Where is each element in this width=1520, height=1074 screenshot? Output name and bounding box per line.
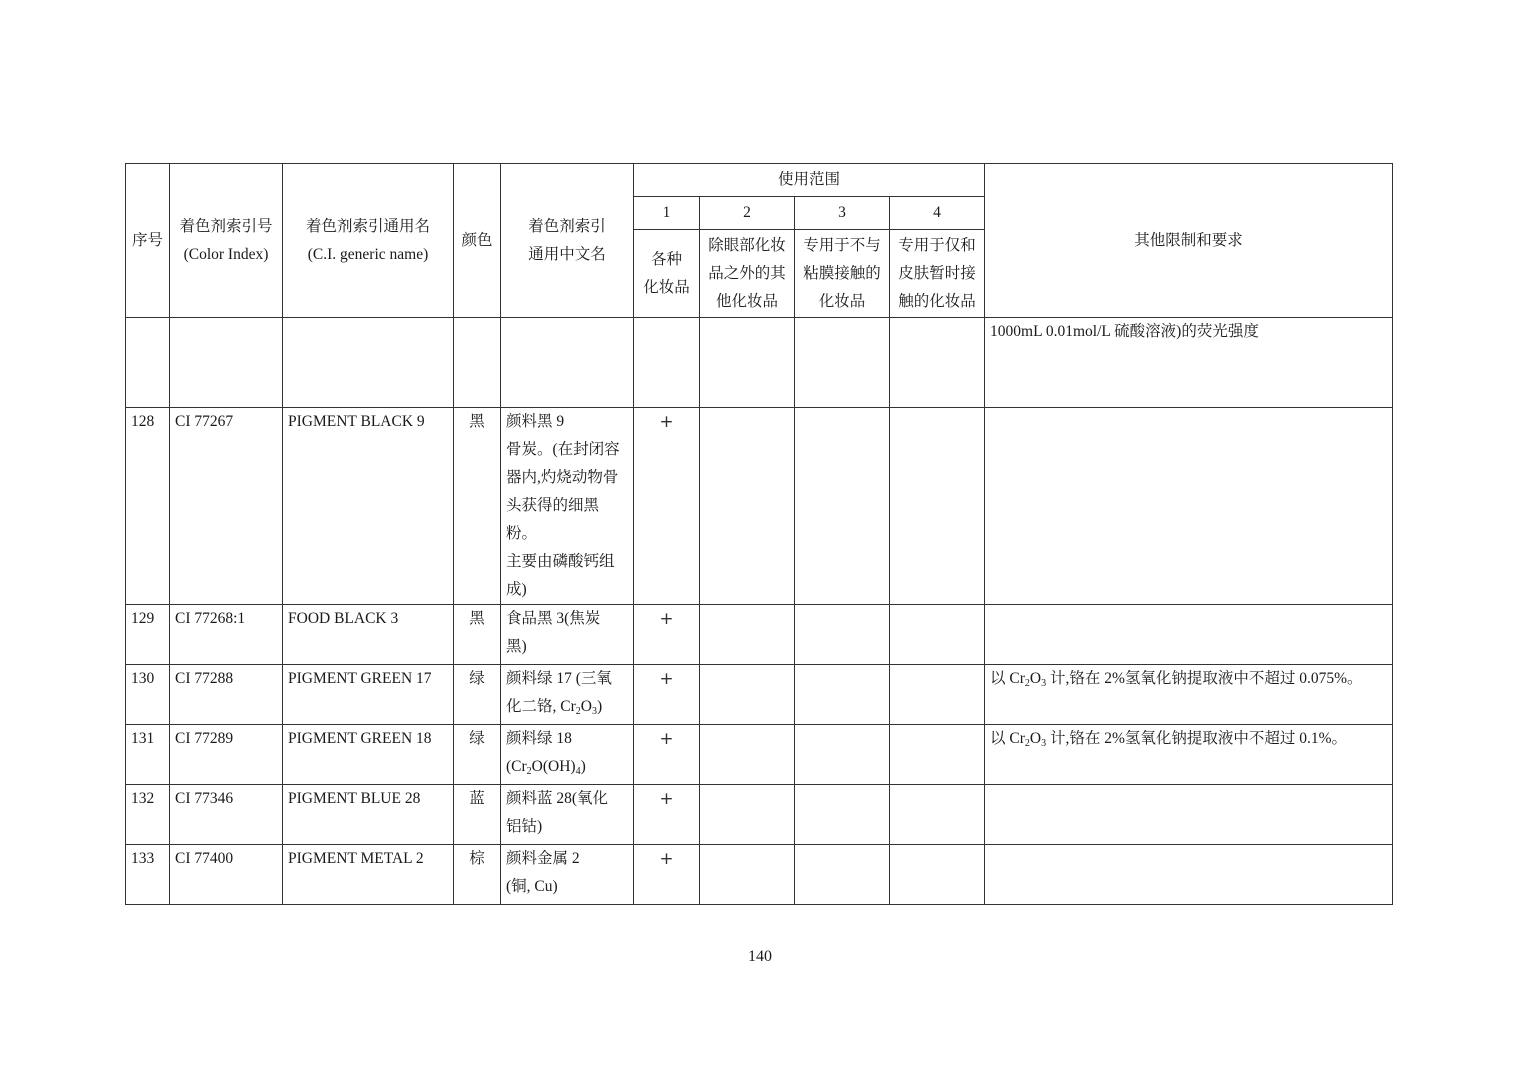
cn-line: 铝钴): [506, 813, 628, 841]
cell-usage-4: [890, 785, 985, 845]
cell-usage-1: +: [634, 785, 700, 845]
cell-color: 黑: [454, 408, 501, 605]
cell-generic: FOOD BLACK 3: [283, 605, 454, 665]
cell-seq: 132: [126, 785, 170, 845]
table-row: 129 CI 77268:1 FOOD BLACK 3 黑 食品黑 3(焦炭 黑…: [126, 605, 1393, 665]
formula-text: O: [581, 698, 592, 715]
usage-2-l2: 品之外的其: [705, 260, 789, 288]
usage-4-l1: 专用于仅和: [895, 232, 979, 260]
cell-usage-1: +: [634, 665, 700, 725]
cell-usage-3: [795, 785, 890, 845]
cell-empty: [454, 318, 501, 408]
req-text: O: [1030, 670, 1041, 687]
cell-usage-2: [700, 605, 795, 665]
cell-usage-1: +: [634, 408, 700, 605]
cell-usage-3: [795, 605, 890, 665]
cell-other: [985, 408, 1393, 605]
cn-line: 黑): [506, 633, 628, 661]
cn-line: 颜料蓝 28(氧化: [506, 785, 628, 813]
cell-usage-1: +: [634, 725, 700, 785]
cell-other: 以 Cr2O3 计,铬在 2%氢氧化钠提取液中不超过 0.075%。: [985, 665, 1393, 725]
cn-line-formula: 化二铬, Cr2O3): [506, 693, 628, 721]
cell-empty: [795, 318, 890, 408]
cell-usage-4: [890, 845, 985, 905]
cell-color: 蓝: [454, 785, 501, 845]
table-row: 133 CI 77400 PIGMENT METAL 2 棕 颜料金属 2 (铜…: [126, 845, 1393, 905]
cell-cn-name: 颜料绿 18 (Cr2O(OH)4): [501, 725, 634, 785]
cell-other: 以 Cr2O3 计,铬在 2%氢氧化钠提取液中不超过 0.1%。: [985, 725, 1393, 785]
cell-generic: PIGMENT GREEN 17: [283, 665, 454, 725]
formula-text: ): [597, 698, 602, 715]
header-color: 颜色: [454, 164, 501, 318]
cell-usage-4: [890, 605, 985, 665]
cell-seq: 129: [126, 605, 170, 665]
cn-line: 成): [506, 576, 628, 604]
cell-seq: 133: [126, 845, 170, 905]
req-text: 计,铬在 2%氢氧化钠提取液中不超过 0.1%。: [1046, 730, 1347, 747]
table-row: 130 CI 77288 PIGMENT GREEN 17 绿 颜料绿 17 (…: [126, 665, 1393, 725]
cell-usage-3: [795, 665, 890, 725]
cell-empty: [501, 318, 634, 408]
cell-ci: CI 77267: [170, 408, 283, 605]
cell-generic: PIGMENT GREEN 18: [283, 725, 454, 785]
cell-cn-name: 颜料金属 2 (铜, Cu): [501, 845, 634, 905]
cell-usage-1: +: [634, 845, 700, 905]
cell-color: 绿: [454, 665, 501, 725]
cell-usage-4: [890, 725, 985, 785]
cell-ci: CI 77288: [170, 665, 283, 725]
cell-cn-name: 颜料黑 9 骨炭。(在封闭容 器内,灼烧动物骨 头获得的细黑粉。 主要由磷酸钙组…: [501, 408, 634, 605]
cn-line: 食品黑 3(焦炭: [506, 605, 628, 633]
cn-line: 颜料绿 17 (三氧: [506, 665, 628, 693]
usage-1-l2: 化妆品: [639, 274, 694, 302]
cell-ci: CI 77400: [170, 845, 283, 905]
cell-generic: PIGMENT BLACK 9: [283, 408, 454, 605]
table-row-continuation: 1000mL 0.01mol/L 硫酸溶液)的荧光强度: [126, 318, 1393, 408]
cn-line: 颜料金属 2: [506, 845, 628, 873]
header-usage-2-num: 2: [700, 197, 795, 230]
cell-ci: CI 77289: [170, 725, 283, 785]
header-usage-1-desc: 各种 化妆品: [634, 230, 700, 318]
header-seq: 序号: [126, 164, 170, 318]
cell-usage-3: [795, 845, 890, 905]
header-ci-number-en: (Color Index): [175, 241, 277, 269]
cell-usage-4: [890, 408, 985, 605]
colorant-table: 序号 着色剂索引号 (Color Index) 着色剂索引通用名 (C.I. g…: [125, 163, 1393, 905]
cell-seq: 131: [126, 725, 170, 785]
header-ci-generic-name: 着色剂索引通用名 (C.I. generic name): [283, 164, 454, 318]
req-text: 以 Cr: [990, 730, 1025, 747]
header-cn-name: 着色剂索引 通用中文名: [501, 164, 634, 318]
cn-line: (铜, Cu): [506, 873, 628, 901]
usage-1-l1: 各种: [639, 246, 694, 274]
cell-empty: [283, 318, 454, 408]
table-row: 128 CI 77267 PIGMENT BLACK 9 黑 颜料黑 9 骨炭。…: [126, 408, 1393, 605]
cell-generic: PIGMENT BLUE 28: [283, 785, 454, 845]
header-usage-3-num: 3: [795, 197, 890, 230]
cell-color: 绿: [454, 725, 501, 785]
cell-cn-name: 颜料蓝 28(氧化 铝钴): [501, 785, 634, 845]
req-text: 计,铬在 2%氢氧化钠提取液中不超过 0.075%。: [1046, 670, 1362, 687]
cell-usage-2: [700, 785, 795, 845]
header-generic-en: (C.I. generic name): [288, 241, 448, 269]
header-cn-name-l1: 着色剂索引: [506, 213, 628, 241]
formula-text: 化二铬, Cr: [506, 698, 576, 715]
cell-other: [985, 605, 1393, 665]
req-text: O: [1030, 730, 1041, 747]
header-usage-4-desc: 专用于仅和 皮肤暂时接 触的化妆品: [890, 230, 985, 318]
cell-other: [985, 845, 1393, 905]
cell-seq: 128: [126, 408, 170, 605]
cell-usage-1: +: [634, 605, 700, 665]
cell-color: 黑: [454, 605, 501, 665]
usage-4-l2: 皮肤暂时接: [895, 260, 979, 288]
usage-4-l3: 触的化妆品: [895, 288, 979, 316]
cn-line: 主要由磷酸钙组: [506, 548, 628, 576]
cell-other-requirements: 1000mL 0.01mol/L 硫酸溶液)的荧光强度: [985, 318, 1393, 408]
usage-2-l1: 除眼部化妆: [705, 232, 789, 260]
cn-line-formula: (Cr2O(OH)4): [506, 753, 628, 781]
formula-text: ): [581, 758, 586, 775]
cn-line: 器内,灼烧动物骨: [506, 464, 628, 492]
cell-usage-3: [795, 725, 890, 785]
header-other-requirements: 其他限制和要求: [985, 164, 1393, 318]
header-usage-4-num: 4: [890, 197, 985, 230]
header-generic-cn: 着色剂索引通用名: [288, 213, 448, 241]
usage-3-l2: 粘膜接触的: [800, 260, 884, 288]
cell-cn-name: 食品黑 3(焦炭 黑): [501, 605, 634, 665]
usage-3-l1: 专用于不与: [800, 232, 884, 260]
cell-color: 棕: [454, 845, 501, 905]
page-number: 140: [0, 946, 1520, 968]
cell-empty: [700, 318, 795, 408]
cell-usage-2: [700, 845, 795, 905]
table-row: 131 CI 77289 PIGMENT GREEN 18 绿 颜料绿 18 (…: [126, 725, 1393, 785]
cn-line: 颜料黑 9: [506, 408, 628, 436]
req-text: 以 Cr: [990, 670, 1025, 687]
cn-line: 骨炭。(在封闭容: [506, 436, 628, 464]
header-ci-number-cn: 着色剂索引号: [175, 213, 277, 241]
header-usage-2-desc: 除眼部化妆 品之外的其 他化妆品: [700, 230, 795, 318]
header-cn-name-l2: 通用中文名: [506, 241, 628, 269]
table-row: 132 CI 77346 PIGMENT BLUE 28 蓝 颜料蓝 28(氧化…: [126, 785, 1393, 845]
cn-line: 颜料绿 18: [506, 725, 628, 753]
header-usage-range: 使用范围: [634, 164, 985, 197]
cell-ci: CI 77346: [170, 785, 283, 845]
header-usage-1-num: 1: [634, 197, 700, 230]
cell-generic: PIGMENT METAL 2: [283, 845, 454, 905]
formula-text: O(OH): [532, 758, 576, 775]
formula-text: (Cr: [506, 758, 527, 775]
usage-2-l3: 他化妆品: [705, 288, 789, 316]
cell-seq: 130: [126, 665, 170, 725]
cell-empty: [890, 318, 985, 408]
cell-other: [985, 785, 1393, 845]
usage-3-l3: 化妆品: [800, 288, 884, 316]
cell-cn-name: 颜料绿 17 (三氧 化二铬, Cr2O3): [501, 665, 634, 725]
header-usage-3-desc: 专用于不与 粘膜接触的 化妆品: [795, 230, 890, 318]
cell-empty: [126, 318, 170, 408]
cell-empty: [170, 318, 283, 408]
cell-usage-2: [700, 665, 795, 725]
cell-usage-4: [890, 665, 985, 725]
cell-usage-2: [700, 408, 795, 605]
header-ci-number: 着色剂索引号 (Color Index): [170, 164, 283, 318]
cell-empty: [634, 318, 700, 408]
cell-ci: CI 77268:1: [170, 605, 283, 665]
cn-line: 头获得的细黑粉。: [506, 492, 628, 548]
cell-usage-3: [795, 408, 890, 605]
cell-usage-2: [700, 725, 795, 785]
